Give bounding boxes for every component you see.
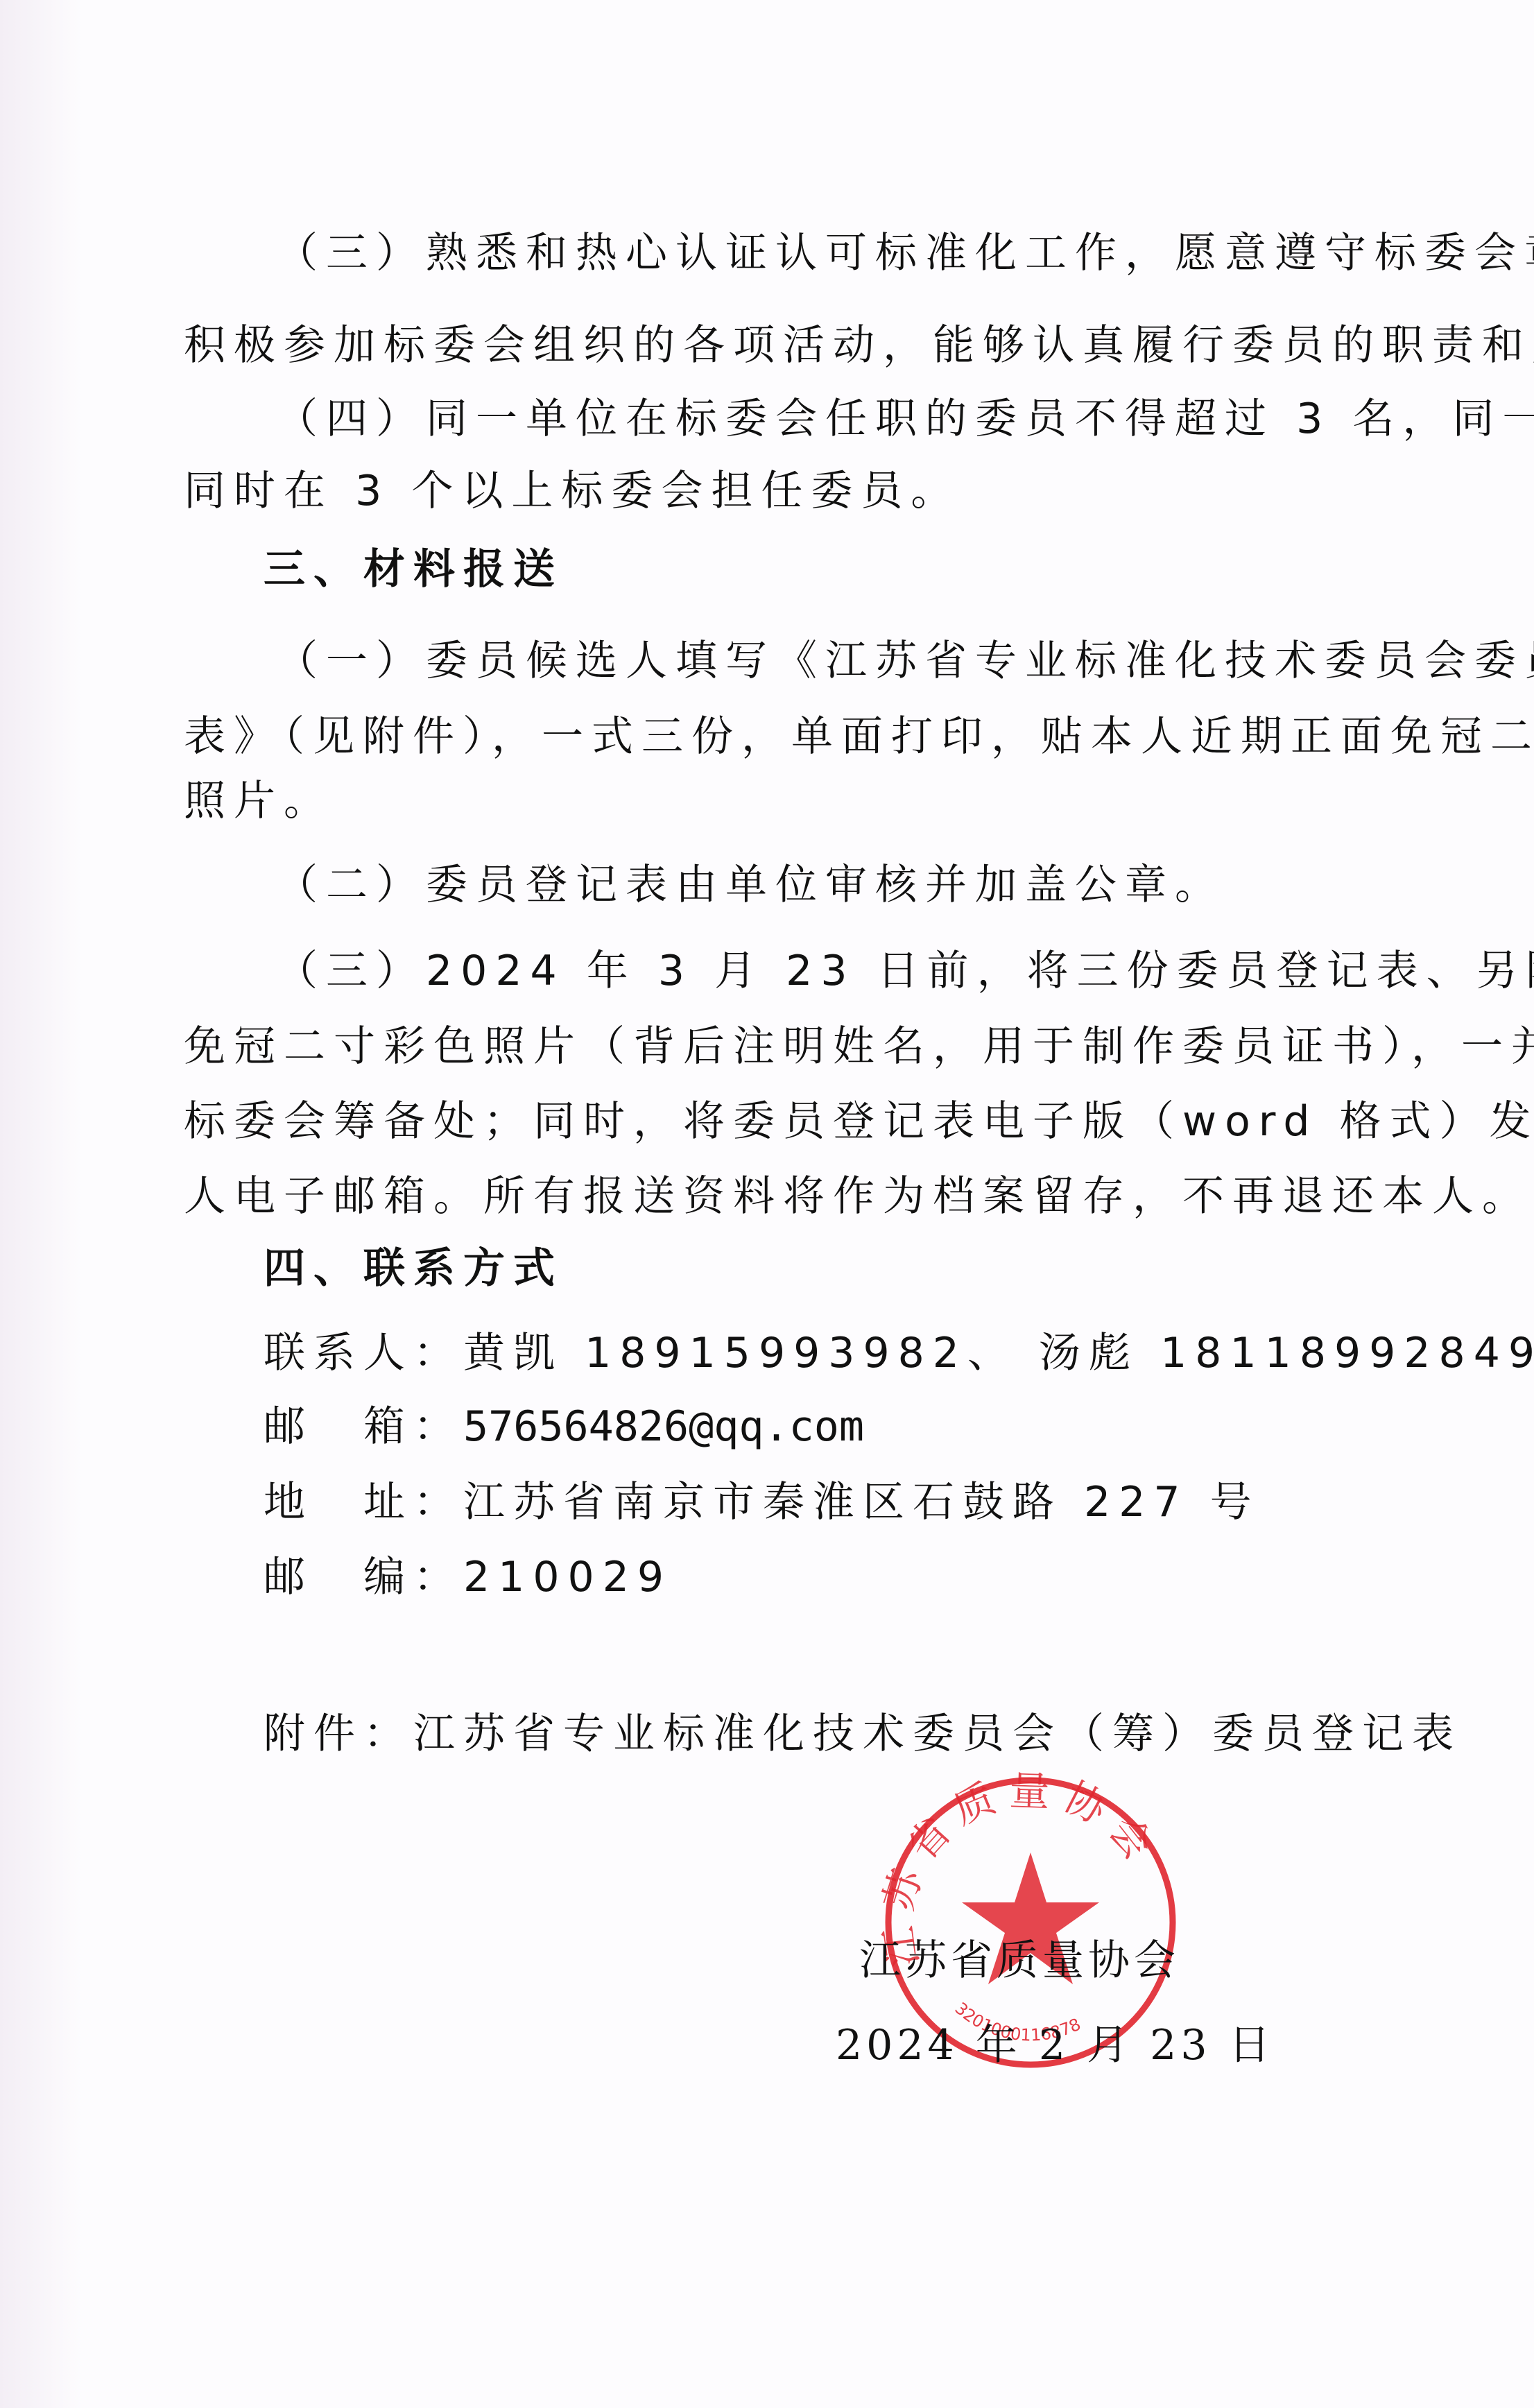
paragraph-requirement-3-cont: 积极参加标委会组织的各项活动，能够认真履行委员的职责和义务； bbox=[184, 318, 1534, 373]
paragraph-requirement-4-cont: 同时在 3 个以上标委会担任委员。 bbox=[184, 463, 960, 519]
paragraph-materials-3-cont2: 标委会筹备处；同时，将委员登记表电子版（word 格式）发送至联系 bbox=[184, 1094, 1534, 1149]
paragraph-requirement-4: （四）同一单位在标委会任职的委员不得超过 3 名，同一人不得 bbox=[276, 391, 1534, 447]
paragraph-materials-3-cont1: 免冠二寸彩色照片（背后注明姓名，用于制作委员证书），一并邮寄至 bbox=[184, 1019, 1534, 1074]
paragraph-materials-1: （一）委员候选人填写《江苏省专业标准化技术委员会委员登记 bbox=[276, 633, 1534, 689]
contact-address-value: 江苏省南京市秦淮区石鼓路 227 号 bbox=[463, 1478, 1260, 1526]
paragraph-requirement-3: （三）熟悉和热心认证认可标准化工作，愿意遵守标委会章程， bbox=[276, 225, 1534, 281]
paragraph-materials-2: （二）委员登记表由单位审核并加盖公章。 bbox=[276, 857, 1225, 913]
contact-persons-value: 黄凯 18915993982、 汤彪 18118992849 bbox=[463, 1329, 1534, 1377]
signature-organization: 江苏省质量协会 bbox=[859, 1933, 1180, 1988]
contact-address-row: 地 址：江苏省南京市秦淮区石鼓路 227 号 bbox=[264, 1474, 1260, 1530]
paragraph-materials-1-end: 照片。 bbox=[184, 773, 334, 829]
contact-persons-row: 联系人：黄凯 18915993982、 汤彪 18118992849 bbox=[264, 1325, 1534, 1381]
contact-postcode-value: 210029 bbox=[463, 1553, 672, 1601]
page-edge-shadow bbox=[0, 0, 83, 2408]
paragraph-materials-1-cont: 表》（见附件），一式三份，单面打印，贴本人近期正面免冠二寸彩色 bbox=[184, 709, 1534, 764]
contact-email-label: 邮 箱： bbox=[264, 1402, 463, 1451]
contact-address-label: 地 址： bbox=[264, 1478, 463, 1526]
paragraph-materials-3-cont3: 人电子邮箱。所有报送资料将作为档案留存，不再退还本人。 bbox=[184, 1169, 1532, 1224]
attachment-note: 附件：江苏省专业标准化技术委员会（筹）委员登记表 bbox=[264, 1706, 1462, 1762]
contact-postcode-row: 邮 编：210029 bbox=[264, 1549, 672, 1605]
contact-postcode-label: 邮 编： bbox=[264, 1553, 463, 1601]
contact-email-value[interactable]: 576564826@qq.com bbox=[463, 1402, 864, 1451]
section-heading-contact: 四、联系方式 bbox=[264, 1241, 563, 1296]
paragraph-materials-3: （三）2024 年 3 月 23 日前，将三份委员登记表、另附一张正面 bbox=[276, 943, 1534, 999]
section-heading-materials: 三、材料报送 bbox=[264, 542, 563, 597]
contact-persons-label: 联系人： bbox=[264, 1329, 463, 1377]
contact-email-row: 邮 箱：576564826@qq.com bbox=[264, 1399, 864, 1454]
signature-date: 2024 年 2 月 23 日 bbox=[836, 2018, 1275, 2073]
